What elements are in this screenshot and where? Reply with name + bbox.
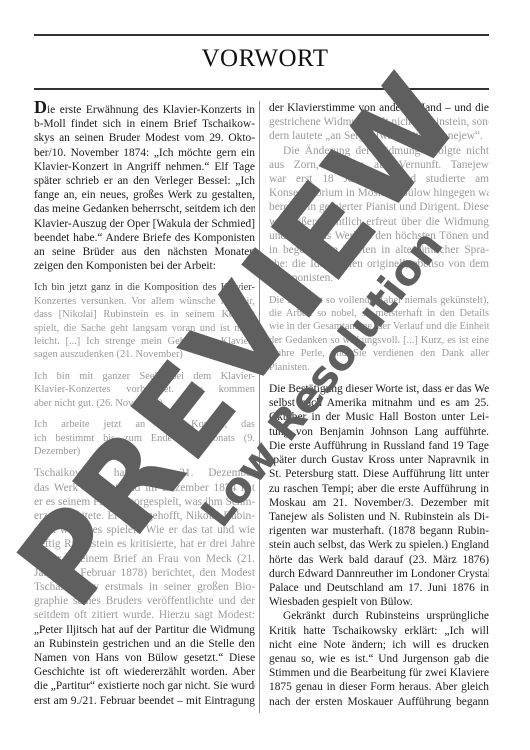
text-line: rigenten war musterhaft. (1878 begann Ru…: [269, 524, 489, 538]
text-line: das Werk beendet und im Dezember 1874 ha…: [34, 481, 255, 495]
text-line: zu raschen Tempi; aber die erste Aufführ…: [269, 482, 489, 496]
quote-line: ich bestimmt bis zum Ende des Monats (9.: [34, 432, 255, 445]
text-line: Oktober in der Music Hall Boston unter L…: [269, 410, 489, 424]
drop-cap: D: [34, 101, 47, 117]
text-line: das meine Gedanken beherrscht, seitdem i…: [34, 202, 255, 216]
quote-line: Ich arbeite jetzt an dem Konzert, das: [34, 418, 255, 431]
text-line: stein würde es spielen. Wie er das tat u…: [34, 523, 255, 537]
text-line: an seine Brüder aus den nächsten Monaten: [34, 245, 255, 259]
quote-line: Die Form ist so vollendet (aber niemals …: [269, 294, 489, 307]
text-line: Die Bestätigung dieser Worte ist, dass e…: [269, 382, 489, 396]
text-line: Die Änderung der Widmung erfolgte nicht: [269, 144, 489, 158]
text-line: war erst 18 Jahre alt und studierte am: [269, 172, 489, 186]
text-line: Konservatorium in Moskau; Bülow hingegen…: [269, 186, 489, 200]
text-line: Klavier-Auszug der Oper [Wakula der Schm…: [34, 217, 255, 231]
text-line: aus Zorn, sondern aus Vernunft. Tanejew: [269, 158, 489, 172]
text-line: Tschaikowsky erstmals in seiner großen B…: [34, 580, 255, 594]
quote-line: aber nicht gut. (26. November): [34, 397, 255, 410]
text-line: Geschichte ist oft wiedererzählt worden.…: [34, 665, 255, 679]
quote-line: spielt, die Sache geht langsam voran und…: [34, 322, 255, 335]
text-line: „Peter Iljitsch hat auf der Partitur die…: [34, 623, 255, 637]
quote-line: dass [Nikolai] Rubinstein es in seinem K…: [34, 308, 255, 321]
quote-line: Klavier-Konzertes vorbereitet. Sie komme…: [34, 383, 255, 396]
text-line: bereits ein gefeierter Pianist und Dirig…: [269, 200, 489, 214]
text-line: Klavier-Konzert in Angriff nehmen.“ Elf …: [34, 160, 255, 174]
top-rule: [34, 34, 489, 36]
quote-line: wahre Perle, und Sie verdienen den Dank …: [269, 347, 489, 360]
quote-line: Dezember): [34, 445, 255, 458]
text-line: selbst nach Amerika mitnahm und es am 25…: [269, 396, 489, 410]
text-line: genau so, wie es ist.“ Und Jurgenson gab…: [269, 652, 489, 666]
text-line: beendet habe.“ Andere Briefe des Komponi…: [34, 231, 255, 245]
text-line: Kritik hatte Tschaikowsky erklärt: „Ich …: [269, 624, 489, 638]
text-line: später durch Gustav Kross unter Napravni…: [269, 453, 489, 467]
text-line: Palace und Deutschland am 17. Juni 1876 …: [269, 581, 489, 595]
text-line: die „Partitur“ existierte noch gar nicht…: [34, 679, 255, 693]
text-line: skys an seinen Bruder Modest vom 29. Okt…: [34, 131, 255, 145]
text-line: und lobte das Werk in den höchsten Tönen…: [269, 229, 489, 243]
text-line: St. Petersburg statt. Diese Aufführung l…: [269, 467, 489, 481]
text-line: nicht eine Note ändern; ich will es druc…: [269, 638, 489, 652]
text-line: Die erste Erwähnung des Klavier-Konzerts…: [34, 101, 255, 117]
text-line: b-Moll findet sich in einem Brief Tschai…: [34, 117, 255, 131]
quote-block: Die Form ist so vollendet (aber niemals …: [269, 294, 489, 374]
text-line: che: die Ideen seien originell, ebenso v…: [269, 257, 489, 271]
text-line: seitdem oft zitiert wurde. Hierzu sagt M…: [34, 608, 255, 622]
quote-line: die Arbeit so nobel, so meisterhaft in d…: [269, 307, 489, 320]
text-line: erzen bereitete. Er hatte gehofft, Nikol…: [34, 509, 255, 523]
quote-line: Ich bin jetzt ganz in die Komposition de…: [34, 281, 255, 294]
text-line: 1875 genau in dieser Form heraus. Aber g…: [269, 680, 489, 694]
text-line: dern lautete „an Sergej Iwanowitsch Tane…: [269, 129, 489, 143]
quote-line: der Gedanken so wirkungsvoll. [...] Kurz…: [269, 334, 489, 347]
text-line: Namen von Hans von Bülow gesetzt.“ Diese: [34, 651, 255, 665]
text-line: Tschaikowsky hatte am 21. Dezember: [34, 466, 255, 480]
text-line: war außerordentlich erfreut über die Wid…: [269, 215, 489, 229]
text-line: heftig Rubinstein es kritisierte, hat er…: [34, 537, 255, 551]
text-line: später schrieb er an den Verleger Bessel…: [34, 174, 255, 188]
quote-block: Ich bin jetzt ganz in die Komposition de…: [34, 281, 255, 361]
text-line: Gekränkt durch Rubinsteins ursprüngliche: [269, 609, 489, 623]
quote-line: Konzertes versunken. Vor allem wünsche i…: [34, 295, 255, 308]
text-line: er es seinem Freund vorgespielt, was ihm…: [34, 495, 255, 509]
page-title: VORWORT: [0, 45, 530, 73]
text-line: Die erste Aufführung in Russland fand 19…: [269, 439, 489, 453]
text-line: in begeisterten Worten in altertümlicher…: [269, 243, 489, 257]
left-column: Die erste Erwähnung des Klavier-Konzerts…: [34, 101, 255, 708]
text-line: Stimmen und die Bearbeitung für zwei Kla…: [269, 666, 489, 680]
quote-line: sagen auszudenken (21. November): [34, 348, 255, 361]
text-line: Moskau am 21. November/3. Dezember mit: [269, 496, 489, 510]
text-line: später in einem Brief an Frau von Meck (…: [34, 552, 255, 566]
text-line: hörte das Werk bald darauf (23. März 187…: [269, 553, 489, 567]
text-line: stein auch selbst, das Werk zu spielen.)…: [269, 538, 489, 552]
text-line: an Rubinstein gestrichen und an die Stel…: [34, 637, 255, 651]
text-line: Januar/2. Februar 1878) berichtet, den M…: [34, 566, 255, 580]
text-line: ber/10. November 1874: „Ich möchte gern …: [34, 146, 255, 160]
quote-block: Ich bin mit ganzer Seele bei dem Klavier…: [34, 370, 255, 410]
text-line: Tanejew als Solisten und N. Rubinstein a…: [269, 510, 489, 524]
text-line: graphie seines Bruders veröffentlichte u…: [34, 594, 255, 608]
text-line: gestrichene Widmung galt nicht Rubinstei…: [269, 115, 489, 129]
text-line: der Klavierstimme von anderer Hand – und…: [269, 101, 489, 115]
quote-line: Pianisten.: [269, 361, 489, 374]
text-line: erst am 9./21. Februar beendet – mit Ein…: [34, 694, 255, 708]
title-bottom-rule: [34, 88, 489, 90]
right-column: der Klavierstimme von anderer Hand – und…: [269, 101, 489, 709]
text-line: tung von Benjamin Johnson Lang aufführte…: [269, 425, 489, 439]
text-line: nach der ersten Moskauer Aufführung bega…: [269, 695, 489, 709]
quote-line: wie in der Gesamtanlage, der Verlauf und…: [269, 320, 489, 333]
text-line: durch Edward Dannreuther im Londoner Cry…: [269, 567, 489, 581]
quote-line: Ich bin mit ganzer Seele bei dem Klavier…: [34, 370, 255, 383]
text-line: zeigen den Komponisten bei der Arbeit:: [34, 259, 255, 273]
text-line: Komponisten.: [269, 271, 489, 285]
column-divider: [259, 101, 260, 713]
text-line: fange an, ein neues, großes Werk zu gest…: [34, 188, 255, 202]
quote-line: leicht. [...] Ich strenge mein Gehirn an…: [34, 335, 255, 348]
text-line: Wiesbaden gespielt von Bülow.: [269, 595, 489, 609]
quote-block: Ich arbeite jetzt an dem Konzert, das ic…: [34, 418, 255, 458]
